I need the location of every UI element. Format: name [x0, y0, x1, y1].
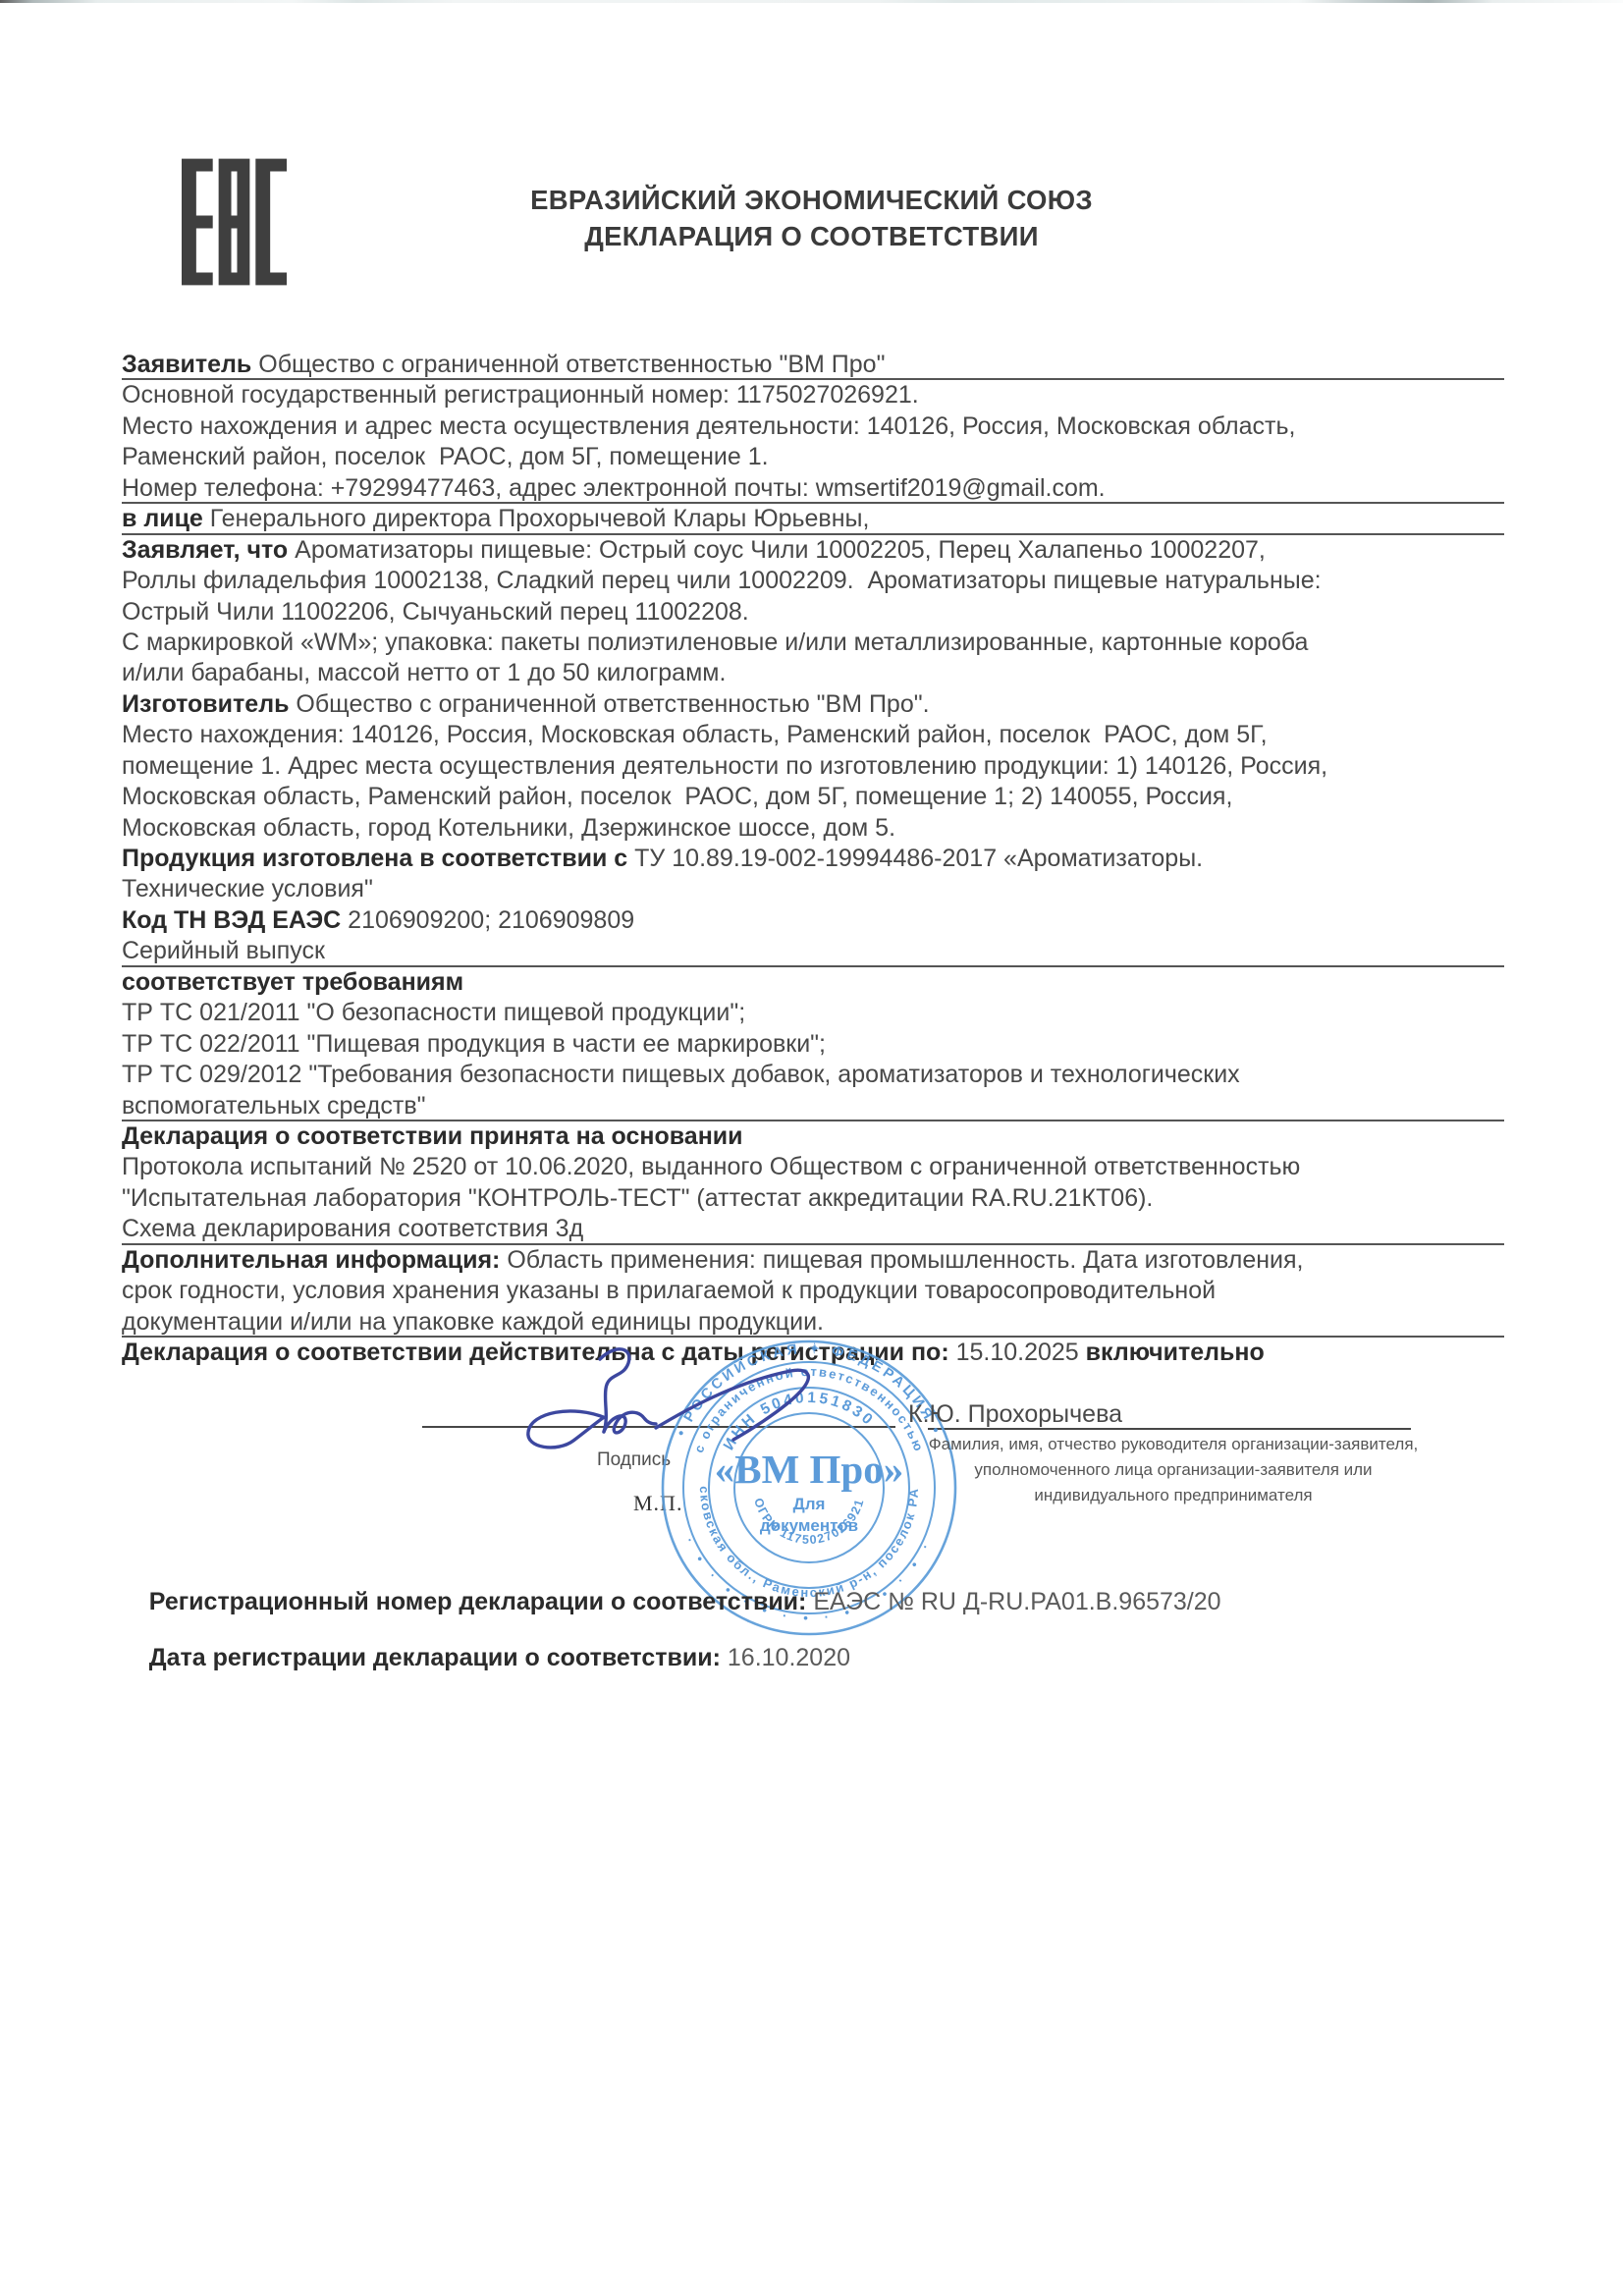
- body-line-17: Продукция изготовлена в соответствии с Т…: [122, 844, 1504, 874]
- body-line-6: в лице Генерального директора Прохорычев…: [122, 504, 1504, 534]
- body-line-28: "Испытательная лаборатория "КОНТРОЛЬ-ТЕС…: [122, 1183, 1504, 1214]
- scan-edge-artifact: [0, 0, 1623, 3]
- registration-date-line: Дата регистрации декларации о соответств…: [122, 1615, 850, 1701]
- role-caption-line-1: Фамилия, имя, отчество руководителя орга…: [928, 1432, 1419, 1457]
- signatory-name: К.Ю. Прохорычева: [908, 1400, 1122, 1429]
- signature-autograph: [407, 1343, 830, 1461]
- body-line-25: вспомогательных средств": [122, 1091, 1504, 1121]
- body-line-10: С маркировкой «WM»; упаковка: пакеты пол…: [122, 628, 1504, 658]
- body-line-8: Роллы филадельфия 10002138, Сладкий пере…: [122, 566, 1504, 596]
- body-line-22: ТР ТС 021/2011 "О безопасности пищевой п…: [122, 998, 1504, 1028]
- body-line-18: Технические условия": [122, 874, 1504, 904]
- body-line-11: и/или барабаны, массой нетто от 1 до 50 …: [122, 658, 1504, 688]
- body-line-29: Схема декларирования соответствия 3д: [122, 1214, 1504, 1244]
- body-line-7: Заявляет, что Ароматизаторы пищевые: Ост…: [122, 535, 1504, 566]
- registration-date-value: 16.10.2020: [721, 1644, 850, 1671]
- title-line-2: ДЕКЛАРАЦИЯ О СООТВЕТСТВИИ: [0, 219, 1623, 255]
- registration-number-value: ЕАЭС № RU Д-RU.РА01.В.96573/20: [806, 1588, 1220, 1615]
- document-body: Заявитель Общество с ограниченной ответс…: [122, 350, 1504, 1368]
- stamp-purpose-line2: документов: [760, 1516, 858, 1535]
- role-caption-line-2: уполномоченного лица организации-заявите…: [928, 1457, 1419, 1483]
- body-line-32: документации и/или на упаковке каждой ед…: [122, 1307, 1504, 1338]
- body-line-30: Дополнительная информация: Область приме…: [122, 1245, 1504, 1276]
- body-line-23: ТР ТС 022/2011 "Пищевая продукция в част…: [122, 1029, 1504, 1060]
- body-line-3: Место нахождения и адрес места осуществл…: [122, 411, 1504, 442]
- body-line-27: Протокола испытаний № 2520 от 10.06.2020…: [122, 1152, 1504, 1182]
- body-line-26: Декларация о соответствии принята на осн…: [122, 1121, 1504, 1152]
- registration-date-label: Дата регистрации декларации о соответств…: [149, 1644, 721, 1671]
- body-line-12: Изготовитель Общество с ограниченной отв…: [122, 689, 1504, 720]
- document-header: ЕВРАЗИЙСКИЙ ЭКОНОМИЧЕСКИЙ СОЮЗ ДЕКЛАРАЦИ…: [0, 183, 1623, 254]
- registration-number-label: Регистрационный номер декларации о соотв…: [149, 1588, 807, 1615]
- stamp-purpose-line1: Для: [793, 1495, 826, 1513]
- body-line-5: Номер телефона: +79299477463, адрес элек…: [122, 473, 1504, 504]
- body-line-15: Московская область, Раменский район, пос…: [122, 782, 1504, 812]
- body-line-21: соответствует требованиям: [122, 967, 1504, 998]
- body-line-4: Раменский район, поселок РАОС, дом 5Г, п…: [122, 442, 1504, 472]
- body-line-31: срок годности, условия хранения указаны …: [122, 1276, 1504, 1306]
- declaration-page: ЕВРАЗИЙСКИЙ ЭКОНОМИЧЕСКИЙ СОЮЗ ДЕКЛАРАЦИ…: [0, 0, 1623, 2296]
- body-line-20: Серийный выпуск: [122, 936, 1504, 966]
- body-line-19: Код ТН ВЭД ЕАЭС 2106909200; 2106909809: [122, 905, 1504, 936]
- body-line-1: Заявитель Общество с ограниченной ответс…: [122, 350, 1504, 380]
- body-line-16: Московская область, город Котельники, Дз…: [122, 813, 1504, 844]
- body-line-2: Основной государственный регистрационный…: [122, 380, 1504, 410]
- signatory-role-caption: Фамилия, имя, отчество руководителя орга…: [928, 1432, 1419, 1508]
- body-line-14: помещение 1. Адрес места осуществления д…: [122, 751, 1504, 782]
- role-caption-line-3: индивидуального предпринимателя: [928, 1483, 1419, 1508]
- body-line-24: ТР ТС 029/2012 "Требования безопасности …: [122, 1060, 1504, 1090]
- body-line-9: Острый Чили 11002206, Сычуаньский перец …: [122, 597, 1504, 628]
- body-line-13: Место нахождения: 140126, Россия, Москов…: [122, 720, 1504, 750]
- title-line-1: ЕВРАЗИЙСКИЙ ЭКОНОМИЧЕСКИЙ СОЮЗ: [0, 183, 1623, 219]
